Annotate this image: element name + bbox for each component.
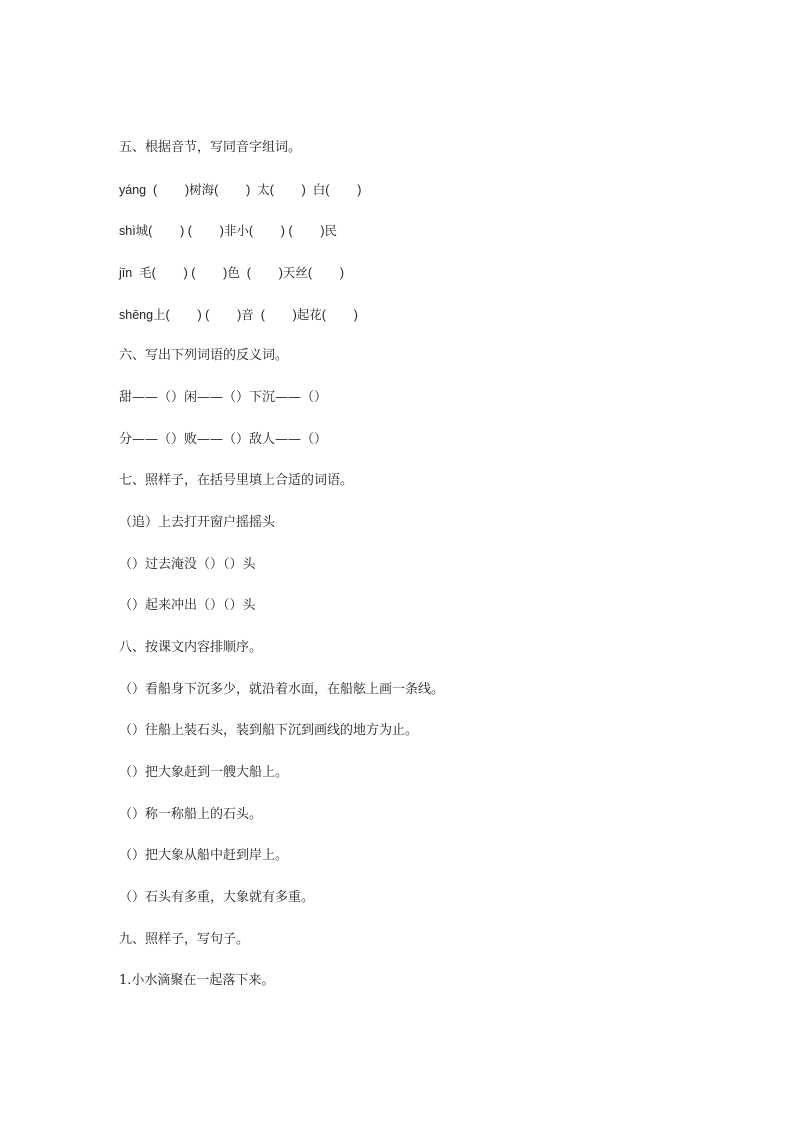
section-9-heading: 九、照样子，写句子。 bbox=[119, 931, 249, 949]
fill-line-2: （）起来冲出（）（）头 bbox=[119, 597, 256, 615]
section-7-heading: 七、照样子，在括号里填上合适的词语。 bbox=[119, 472, 353, 490]
order-item-6: （）石头有多重，大象就有多重。 bbox=[119, 889, 314, 907]
antonym-line-1: 甜——（）闲——（）下沉——（） bbox=[119, 389, 327, 407]
order-item-4: （）称一称船上的石头。 bbox=[119, 806, 262, 824]
pinyin-line-sheng: shēng上( ) ( )音 ( )起花( ) bbox=[119, 306, 358, 324]
pinyin-line-jin: jīn 毛( ) ( )色 ( )天丝( ) bbox=[119, 264, 344, 282]
order-item-2: （）往船上装石头，装到船下沉到画线的地方为止。 bbox=[119, 722, 418, 740]
section-6-heading: 六、写出下列词语的反义词。 bbox=[119, 347, 288, 365]
order-item-1: （）看船身下沉多少，就沿着水面，在船舷上画一条线。 bbox=[119, 681, 444, 699]
order-item-5: （）把大象从船中赶到岸上。 bbox=[119, 847, 288, 865]
order-item-3: （）把大象赶到一艘大船上。 bbox=[119, 764, 288, 782]
sentence-example-1: 1.小水滴聚在一起落下来。 bbox=[119, 972, 274, 990]
pinyin-line-shi: shì城( ) ( )非小( ) ( )民 bbox=[119, 222, 337, 240]
pinyin-line-yang: yáng ( )树海( ) 太( ) 白( ) bbox=[119, 181, 361, 199]
fill-line-1: （）过去淹没（）（）头 bbox=[119, 556, 256, 574]
section-5-heading: 五、根据音节，写同音字组词。 bbox=[119, 139, 301, 157]
antonym-line-2: 分——（）败——（）敌人——（） bbox=[119, 431, 327, 449]
fill-example: （追）上去打开窗户摇摇头 bbox=[119, 514, 275, 532]
section-8-heading: 八、按课文内容排顺序。 bbox=[119, 639, 262, 657]
